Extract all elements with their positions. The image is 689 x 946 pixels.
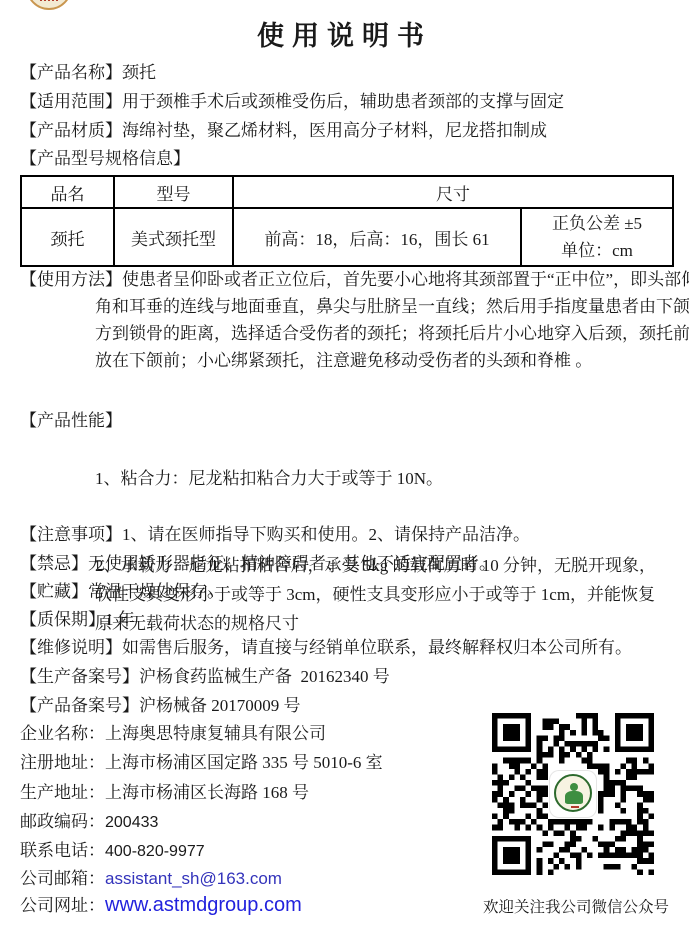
section-label: 【产品型号规格信息】 (20, 149, 190, 168)
phone-value: 400-820-9977 (105, 843, 205, 860)
section-label: 【适用范围】 (20, 92, 122, 111)
cell-size: 前高：18，后高：16，围长 61 (233, 208, 521, 266)
field-label: 联系电话： (20, 841, 105, 860)
cell-product-name: 颈托 (21, 208, 114, 266)
section-label: 【产品备案号】 (20, 696, 139, 715)
section-label: 【使用方法】 (20, 270, 122, 289)
instruction-document: 使用说明书 【产品名称】颈托 【适用范围】用于颈椎手术后或颈椎受伤后，辅助患者颈… (0, 0, 689, 946)
field-label: 注册地址： (20, 753, 105, 772)
email-link[interactable]: assistant_sh@163.com (105, 869, 282, 888)
qr-center-logo-icon (550, 771, 596, 817)
spec-table-header-row: 品名 型号 尺寸 (21, 176, 673, 208)
field-label: 公司网址： (20, 896, 105, 915)
tolerance-value: 正负公差 ±5 (522, 210, 672, 237)
logo-roots-icon (40, 0, 58, 1)
postcode-value: 200433 (105, 814, 158, 831)
section-label: 【产品材质】 (20, 121, 122, 140)
section-text: 1、请在医师指导下购买和使用。2、请保持产品洁净。 (122, 525, 530, 544)
section-label: 【生产备案号】 (20, 667, 139, 686)
section-text: 1 年 (105, 610, 135, 629)
section-warranty: 【质保期】1 年 (20, 609, 672, 631)
cell-tolerance: 正负公差 ±5 单位：cm (521, 208, 673, 266)
section-label: 【产品性能】 (20, 406, 122, 435)
header-cell-model: 型号 (114, 176, 233, 208)
section-notes: 【注意事项】1、请在医师指导下购买和使用。2、请保持产品洁净。 (20, 524, 672, 546)
company-name: 上海奥思特康复辅具有限公司 (105, 724, 326, 743)
page-title: 使用说明书 (0, 14, 689, 53)
section-text: 使患者呈仰卧或者正立位后，首先要小心地将其颈部置于“正中位”，即头部仰至嘴角和耳… (95, 270, 689, 370)
header-cell-name: 品名 (21, 176, 114, 208)
section-production-record: 【生产备案号】沪杨食药监械生产备 20162340 号 (20, 666, 672, 688)
spec-table-data-row: 颈托 美式颈托型 前高：18，后高：16，围长 61 正负公差 ±5 单位：cm (21, 208, 673, 266)
section-label: 【禁忌】 (20, 554, 88, 573)
registered-address: 上海市杨浦区国定路 335 号 5010-6 室 (105, 753, 383, 772)
website-link[interactable]: www.astmdgroup.com (105, 894, 302, 916)
section-material: 【产品材质】海绵衬垫，聚乙烯材料，医用高分子材料，尼龙搭扣制成 (20, 120, 672, 142)
field-label: 公司邮箱： (20, 869, 105, 888)
section-text: 颈托 (122, 63, 156, 82)
header-cell-size: 尺寸 (233, 176, 673, 208)
field-label: 邮政编码： (20, 812, 105, 831)
section-text: 无使用矫形器指征、精神障碍者、其他不适宜配置者。 (88, 554, 496, 573)
performance-item-1: 1、粘合力：尼龙粘扣粘合力大于或等于 10N。 (95, 464, 672, 493)
field-label: 企业名称： (20, 724, 105, 743)
section-contraindication: 【禁忌】无使用矫形器指征、精神障碍者、其他不适宜配置者。 (20, 553, 672, 575)
section-storage: 【贮藏】常温干燥处保存。 (20, 581, 672, 603)
section-spec-header: 【产品型号规格信息】 (20, 148, 672, 170)
section-text: 海绵衬垫，聚乙烯材料，医用高分子材料，尼龙搭扣制成 (122, 121, 547, 140)
section-text: 常温干燥处保存。 (88, 582, 224, 601)
qr-caption: 欢迎关注我公司微信公众号 (464, 895, 688, 917)
section-text: 用于颈椎手术后或颈椎受伤后，辅助患者颈部的支撑与固定 (122, 92, 564, 111)
section-text: 沪杨械备 20170009 号 (139, 696, 301, 715)
person-icon (570, 783, 578, 791)
field-label: 生产地址： (20, 783, 105, 802)
section-text: 沪杨食药监械生产备 20162340 号 (139, 667, 390, 686)
section-text: 如需售后服务，请直接与经销单位联系，最终解释权归本公司所有。 (122, 638, 632, 657)
spec-table: 品名 型号 尺寸 颈托 美式颈托型 前高：18，后高：16，围长 61 正负公差… (20, 175, 674, 267)
section-label: 【维修说明】 (20, 638, 122, 657)
wechat-qr-code (492, 713, 654, 875)
section-service: 【维修说明】如需售后服务，请直接与经销单位联系，最终解释权归本公司所有。 (20, 637, 672, 659)
cell-model: 美式颈托型 (114, 208, 233, 266)
section-label: 【产品名称】 (20, 63, 122, 82)
section-label: 【质保期】 (20, 610, 105, 629)
qr-logo-circle (554, 774, 592, 812)
production-address: 上海市杨浦区长海路 168 号 (105, 783, 309, 802)
section-label: 【注意事项】 (20, 525, 122, 544)
section-label: 【贮藏】 (20, 582, 88, 601)
tolerance-unit: 单位：cm (522, 237, 672, 264)
company-logo-icon (26, 0, 72, 10)
section-scope: 【适用范围】用于颈椎手术后或颈椎受伤后，辅助患者颈部的支撑与固定 (20, 91, 672, 113)
section-product-name: 【产品名称】颈托 (20, 62, 672, 84)
section-usage: 【使用方法】使患者呈仰卧或者正立位后，首先要小心地将其颈部置于“正中位”，即头部… (20, 266, 689, 374)
